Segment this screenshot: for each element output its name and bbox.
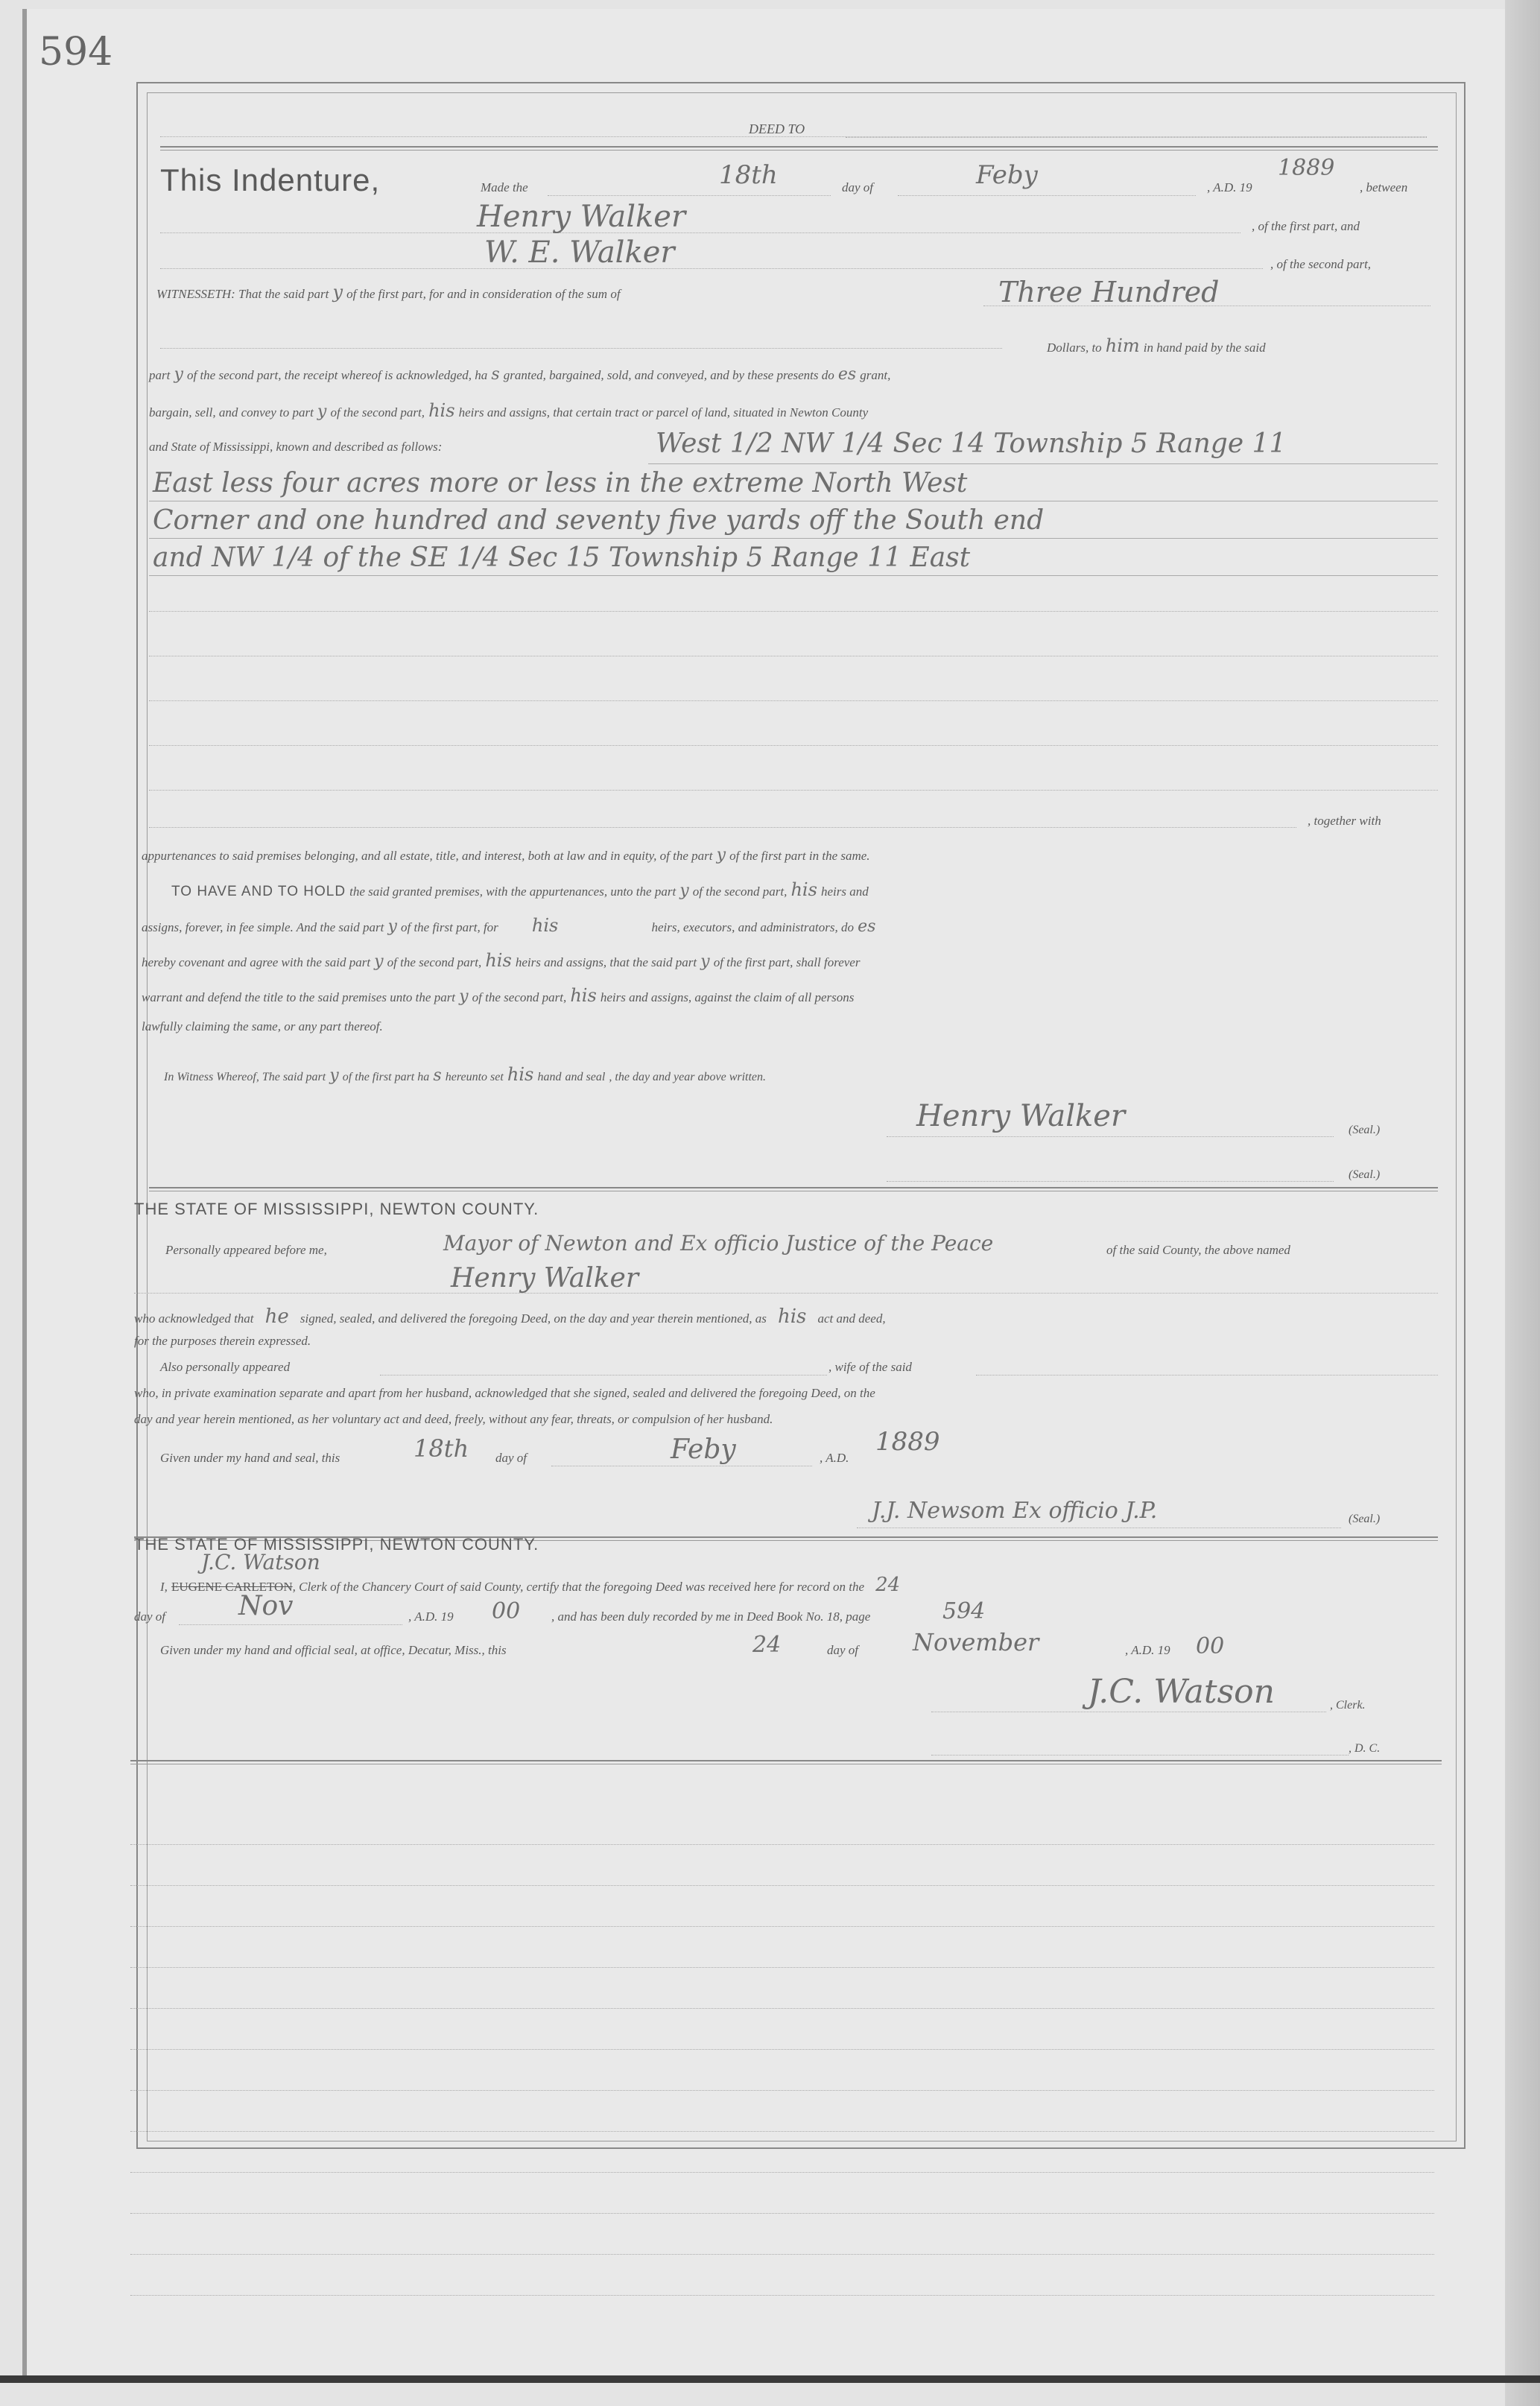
his-value: his: [570, 985, 596, 1006]
given-year: 1889: [875, 1427, 940, 1457]
received-day: 24: [868, 1574, 900, 1596]
his-value: his: [790, 879, 817, 900]
seal-label-3: (Seal.): [1349, 1513, 1380, 1526]
text: grant,: [860, 368, 890, 382]
text: of the first part, for and in considerat…: [346, 287, 620, 301]
text: In Witness Whereof, The said part: [164, 1071, 326, 1083]
appurtenances-line: appurtenances to said premises belonging…: [142, 846, 870, 864]
wife-of-said-label: , wife of the said: [828, 1360, 912, 1375]
blank-line: [130, 2090, 1434, 2091]
grantor-signature: Henry Walker: [916, 1099, 1125, 1133]
text: heirs and assigns, that certain tract or…: [459, 405, 869, 420]
day-of-label: day of: [842, 180, 873, 195]
blank-line: [130, 1926, 1434, 1927]
together-with: , together with: [1308, 814, 1381, 829]
first-party-line: [160, 232, 1240, 233]
second-party-label: , of the second part,: [1270, 257, 1371, 272]
description-rule-1: [648, 463, 1438, 464]
his-value: his: [770, 1305, 814, 1328]
blank-line: [130, 2254, 1434, 2255]
received-year: 00: [492, 1598, 520, 1624]
day-value: 18th: [719, 160, 778, 190]
witnesseth-line-3: part y of the second part, the receipt w…: [149, 365, 890, 384]
acknowledgment-heading: THE STATE OF MISSISSIPPI, NEWTON COUNTY.: [134, 1200, 539, 1219]
above-named-label: of the said County, the above named: [1106, 1243, 1290, 1258]
his-value: his: [485, 950, 511, 971]
text: the said granted premises, with the appu…: [349, 884, 676, 899]
seal-label-2: (Seal.): [1349, 1168, 1380, 1182]
month-line: [898, 195, 1196, 196]
description-line-4: and NW 1/4 of the SE 1/4 Sec 15 Township…: [153, 542, 970, 573]
sum-line: [983, 306, 1430, 306]
his-value: his: [502, 915, 647, 936]
ack-name-line: [134, 1293, 1438, 1294]
clerk-label: , Clerk.: [1330, 1699, 1366, 1712]
habendum-line-1: TO HAVE AND TO HOLD the said granted pre…: [171, 879, 869, 900]
blank-line: [149, 700, 1438, 701]
year-value: 1889: [1278, 155, 1334, 181]
text: hereunto set: [446, 1071, 504, 1083]
has-value: s: [433, 1066, 441, 1085]
has-value: s: [491, 365, 499, 384]
made-the-label: Made the: [481, 180, 528, 195]
text: , the day and year above written.: [609, 1071, 766, 1083]
clerk-signature: J.C. Watson: [1088, 1673, 1275, 1711]
wife-line-2: [976, 1375, 1438, 1375]
month-value: Feby: [976, 160, 1038, 190]
witnesseth-line-1: WITNESSETH: That the said part y of the …: [156, 282, 621, 303]
private-exam-1: who, in private examination separate and…: [134, 1386, 875, 1401]
part-value: y: [679, 881, 688, 900]
text: of the second part,: [693, 884, 788, 899]
ack-line: who acknowledged that he signed, sealed,…: [134, 1305, 886, 1328]
part-value: y: [329, 1066, 338, 1085]
certified-year: 00: [1196, 1633, 1224, 1659]
given-month: Feby: [671, 1434, 736, 1465]
part-value: y: [333, 282, 343, 303]
recorded-page: 594: [942, 1598, 985, 1624]
page-edge: [1505, 0, 1540, 2406]
text: of the first part, shall forever: [714, 955, 861, 969]
blank-line: [149, 611, 1438, 612]
first-party-value: Henry Walker: [477, 200, 685, 234]
wife-line: [380, 1375, 827, 1375]
between-label: , between: [1360, 180, 1407, 195]
blank-line: [149, 790, 1438, 791]
clerk-line: [931, 1712, 1326, 1712]
text: who acknowledged that: [134, 1311, 254, 1326]
section-divider: [130, 1760, 1442, 1764]
he-value: he: [258, 1305, 297, 1328]
description-rule-2: [149, 501, 1438, 501]
habendum-line-4: warrant and defend the title to the said…: [142, 985, 854, 1006]
witnesseth-line-4: bargain, sell, and convey to part y of t…: [149, 400, 868, 421]
text: appurtenances to said premises belonging…: [142, 849, 713, 863]
signature-line-2: [887, 1181, 1334, 1182]
dollars-line-text: Dollars, to him in hand paid by the said: [1047, 335, 1266, 356]
his-value: his: [507, 1064, 533, 1085]
private-exam-2: day and year herein mentioned, as her vo…: [134, 1412, 773, 1427]
description-line-1: West 1/2 NW 1/4 Sec 14 Township 5 Range …: [656, 428, 1286, 459]
blank-line: [149, 656, 1438, 656]
description-rule-3: [149, 538, 1438, 539]
page-number: 594: [39, 30, 113, 75]
clerk-name-written: J.C. Watson: [201, 1550, 320, 1574]
ad-label: , A.D. 19: [1207, 180, 1252, 195]
appeared-before-label: Personally appeared before me,: [165, 1243, 327, 1258]
text: in hand paid by the said: [1144, 341, 1266, 355]
page-bottom-edge: [0, 2375, 1540, 2383]
blank-line: [130, 1967, 1434, 1968]
day-line: [548, 195, 831, 196]
blank-line: [130, 2131, 1434, 2132]
text: granted, bargained, sold, and conveyed, …: [504, 368, 834, 382]
rec-month-line: [179, 1624, 402, 1625]
in-witness-line: In Witness Whereof, The said part y of t…: [164, 1064, 766, 1085]
recorded-text: , and has been duly recorded by me in De…: [551, 1609, 870, 1624]
text: assigns, forever, in fee simple. And the…: [142, 920, 384, 934]
second-party-line: [160, 268, 1263, 269]
text: of the second part,: [472, 990, 567, 1004]
blank-line: [130, 2049, 1434, 2050]
blank-line: [149, 745, 1438, 746]
blank-line: [130, 2172, 1434, 2173]
header-double-rule: [160, 146, 1438, 151]
deed-to-line: [846, 137, 1427, 138]
text: of the second part,: [330, 405, 425, 420]
text: WITNESSETH: That the said part: [156, 287, 329, 301]
description-line-3: Corner and one hundred and seventy five …: [153, 505, 1044, 536]
blank-line: [130, 2295, 1434, 2296]
part-value: y: [717, 846, 726, 864]
text: of the first part, for: [401, 920, 498, 934]
dc-line: [931, 1755, 1349, 1756]
text: I,: [160, 1580, 168, 1594]
first-party-label: , of the first part, and: [1252, 219, 1360, 234]
description-rule-4: [149, 575, 1438, 576]
text: act and deed,: [817, 1311, 885, 1326]
purposes-text: for the purposes therein expressed.: [134, 1334, 311, 1349]
blank-line: [130, 2213, 1434, 2214]
dollars-line: [160, 348, 1002, 349]
given-under-label: Given under my hand and seal, this: [160, 1451, 340, 1466]
certified-day: 24: [752, 1632, 781, 1658]
text: and seal: [565, 1071, 606, 1083]
text: TO HAVE AND TO HOLD: [171, 884, 346, 899]
seal-label-1: (Seal.): [1349, 1124, 1380, 1137]
section-divider: [149, 1187, 1438, 1191]
habendum-line-3: hereby covenant and agree with the said …: [142, 950, 860, 971]
official-signature: J.J. Newsom Ex officio J.P.: [872, 1498, 1157, 1524]
blank-line: [149, 827, 1296, 828]
text: heirs, executors, and administrators, do: [651, 920, 854, 934]
also-appeared-label: Also personally appeared: [160, 1360, 290, 1375]
part-value: y: [317, 402, 326, 421]
deed-to-label: DEED TO: [749, 121, 805, 137]
part-value: y: [700, 952, 709, 971]
text: of the second part,: [387, 955, 482, 969]
given-day: 18th: [413, 1434, 469, 1463]
ad-label: , A.D. 19: [1125, 1643, 1170, 1658]
text: warrant and defend the title to the said…: [142, 990, 455, 1004]
text: heirs and assigns, against the claim of …: [601, 990, 854, 1004]
grantor-name-ack: Henry Walker: [451, 1263, 639, 1294]
description-line-2: East less four acres more or less in the…: [153, 468, 967, 498]
given-month-line: [551, 1466, 812, 1466]
to-value: him: [1106, 335, 1140, 356]
part-value: y: [459, 987, 468, 1006]
recording-heading: THE STATE OF MISSISSIPPI, NEWTON COUNTY.: [134, 1535, 539, 1554]
text: hereby covenant and agree with the said …: [142, 955, 370, 969]
blank-line: [130, 2008, 1434, 2009]
text: Dollars, to: [1047, 341, 1102, 355]
text: hand: [537, 1071, 561, 1083]
text: heirs and assigns, that the said part: [516, 955, 697, 969]
indenture-title: This Indenture,: [160, 162, 380, 198]
text: bargain, sell, and convey to part: [149, 405, 314, 420]
officer-value: Mayor of Newton and Ex officio Justice o…: [443, 1231, 993, 1256]
described-as-follows: and State of Mississippi, known and desc…: [149, 440, 442, 455]
blank-line: [130, 1844, 1434, 1845]
text: part: [149, 368, 170, 382]
blank-line: [130, 1885, 1434, 1886]
day-of-label: day of: [495, 1451, 527, 1466]
part-value: y: [174, 365, 183, 384]
text: , Clerk of the Chancery Court of said Co…: [293, 1580, 864, 1594]
habendum-line-2: assigns, forever, in fee simple. And the…: [142, 915, 875, 936]
signature-line: [887, 1136, 1334, 1137]
day-of-label: day of: [827, 1643, 858, 1658]
received-month: Nov: [238, 1591, 294, 1621]
text: heirs and: [821, 884, 869, 899]
does-value: es: [858, 917, 875, 936]
does-value: es: [838, 365, 856, 384]
dc-label: , D. C.: [1349, 1742, 1380, 1756]
certified-month: November: [913, 1628, 1039, 1656]
ad-label: , A.D.: [820, 1451, 849, 1466]
day-of-label: day of: [134, 1609, 165, 1624]
part-value: y: [374, 952, 383, 971]
text: signed, sealed, and delivered the forego…: [300, 1311, 767, 1326]
text: of the first part in the same.: [729, 849, 869, 863]
part-value: y: [387, 917, 396, 936]
second-party-value: W. E. Walker: [484, 235, 675, 270]
text: of the first part ha: [343, 1071, 429, 1083]
official-seal-text: Given under my hand and official seal, a…: [160, 1643, 507, 1658]
text: of the second part, the receipt whereof …: [187, 368, 487, 382]
his-value: his: [428, 400, 454, 421]
official-signature-line: [857, 1528, 1341, 1528]
ad-label: , A.D. 19: [408, 1609, 454, 1624]
sum-value: Three Hundred: [998, 276, 1219, 308]
habendum-line-5: lawfully claiming the same, or any part …: [142, 1019, 383, 1034]
